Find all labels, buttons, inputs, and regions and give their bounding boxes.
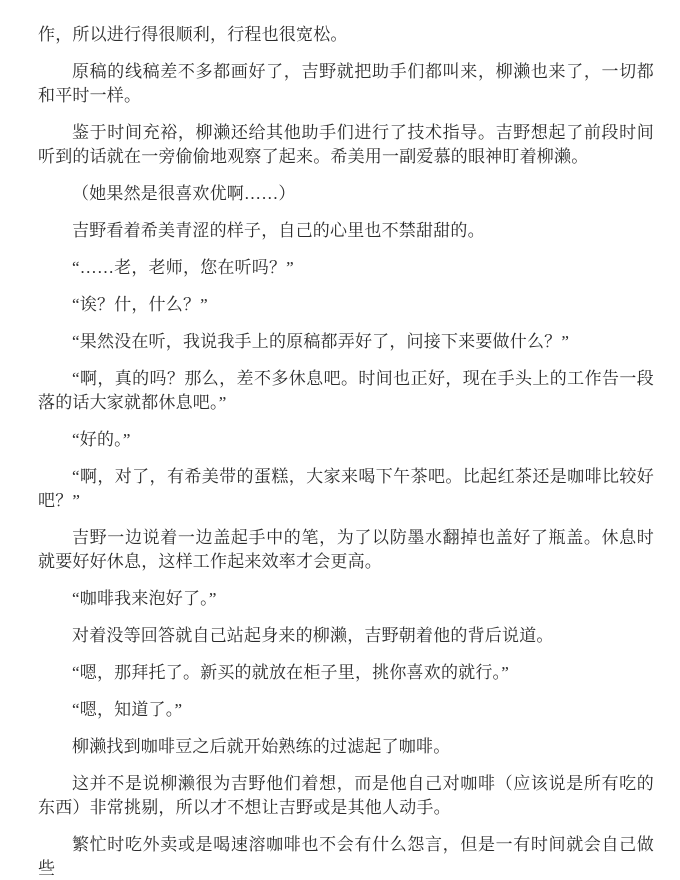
paragraph: 繁忙时吃外卖或是喝速溶咖啡也不会有什么怨言，但是一有时间就会自己做些 — [38, 833, 654, 880]
paragraph: “诶？什，什么？” — [38, 293, 654, 317]
paragraph: 对着没等回答就自己站起身来的柳濑，吉野朝着他的背后说道。 — [38, 624, 654, 648]
paragraph: 原稿的线稿差不多都画好了，吉野就把助手们都叫来，柳濑也来了，一切都和平时一样。 — [38, 60, 654, 108]
paragraph: 这并不是说柳濑很为吉野他们着想，而是他自己对咖啡（应该说是所有吃的东西）非常挑剔… — [38, 772, 654, 820]
paragraph: “好的。” — [38, 428, 654, 452]
paragraph: “果然没在听，我说我手上的原稿都弄好了，问接下来要做什么？” — [38, 330, 654, 354]
paragraph: “……老，老师，您在听吗？” — [38, 256, 654, 280]
paragraph: 吉野一边说着一边盖起手中的笔，为了以防墨水翻掉也盖好了瓶盖。休息时就要好好休息，… — [38, 526, 654, 574]
paragraph: 吉野看着希美青涩的样子，自己的心里也不禁甜甜的。 — [38, 219, 654, 243]
paragraph: “咖啡我来泡好了。” — [38, 587, 654, 611]
paragraph: “啊，真的吗？那么，差不多休息吧。时间也正好，现在手头上的工作告一段落的话大家就… — [38, 367, 654, 415]
paragraph: “啊，对了，有希美带的蛋糕，大家来喝下午茶吧。比起红茶还是咖啡比较好吧？” — [38, 465, 654, 513]
paragraph: “嗯，那拜托了。新买的就放在柜子里，挑你喜欢的就行。” — [38, 661, 654, 685]
novel-text-page: 作，所以进行得很顺利，行程也很宽松。 原稿的线稿差不多都画好了，吉野就把助手们都… — [0, 0, 680, 880]
paragraph: 作，所以进行得很顺利，行程也很宽松。 — [38, 23, 654, 47]
paragraph: 柳濑找到咖啡豆之后就开始熟练的过滤起了咖啡。 — [38, 735, 654, 759]
paragraph: 鉴于时间充裕，柳濑还给其他助手们进行了技术指导。吉野想起了前段时间听到的话就在一… — [38, 121, 654, 169]
paragraph: （她果然是很喜欢优啊……） — [38, 182, 654, 206]
paragraph: “嗯，知道了。” — [38, 698, 654, 722]
